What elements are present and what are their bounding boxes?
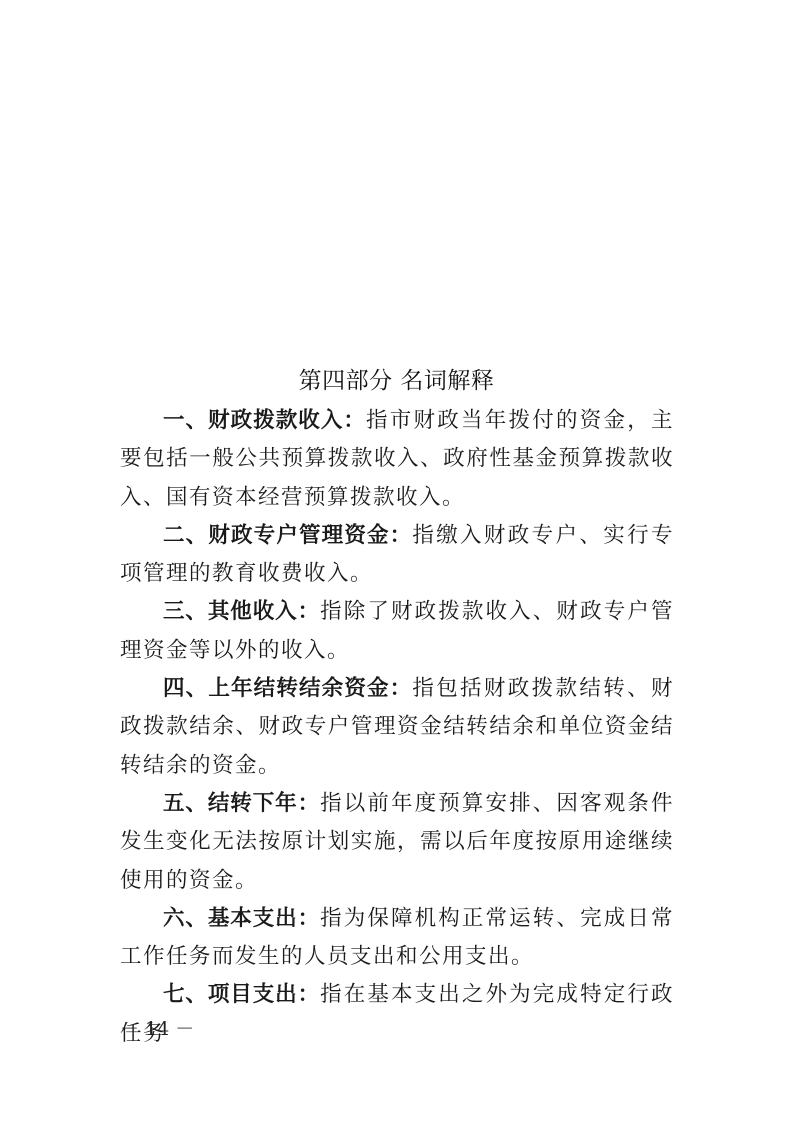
definition-item: 五、结转下年：指以前年度预算安排、因客观条件发生变化无法按原计划实施，需以后年度… — [120, 785, 674, 900]
definition-term: 三、其他收入： — [163, 599, 320, 624]
section-title: 第四部分 名词解释 — [0, 362, 793, 395]
definition-term: 七、项目支出： — [163, 982, 320, 1007]
definition-item: 二、财政专户管理资金：指缴入财政专户、实行专项管理的教育收费收入。 — [120, 517, 674, 594]
definition-item: 六、基本支出：指为保障机构正常运转、完成日常工作任务而发生的人员支出和公用支出。 — [120, 900, 674, 977]
definition-term: 六、基本支出： — [163, 906, 320, 931]
definition-item: 四、上年结转结余资金：指包括财政拨款结转、财政拨款结余、财政专户管理资金结转结余… — [120, 670, 674, 785]
definition-term: 一、财政拨款收入： — [163, 408, 366, 433]
definition-item: 七、项目支出：指在基本支出之外为完成特定行政任务 — [120, 976, 674, 1053]
page-number: － 14 － — [120, 1014, 194, 1041]
definition-term: 五、结转下年： — [163, 791, 320, 816]
document-page: 第四部分 名词解释 一、财政拨款收入：指市财政当年拨付的资金，主要包括一般公共预… — [0, 0, 793, 1122]
definition-term: 四、上年结转结余资金： — [163, 676, 412, 701]
definition-item: 一、财政拨款收入：指市财政当年拨付的资金，主要包括一般公共预算拨款收入、政府性基… — [120, 402, 674, 517]
definitions-list: 一、财政拨款收入：指市财政当年拨付的资金，主要包括一般公共预算拨款收入、政府性基… — [120, 402, 674, 1053]
definition-item: 三、其他收入：指除了财政拨款收入、财政专户管理资金等以外的收入。 — [120, 593, 674, 670]
definition-term: 二、财政专户管理资金： — [163, 523, 412, 548]
